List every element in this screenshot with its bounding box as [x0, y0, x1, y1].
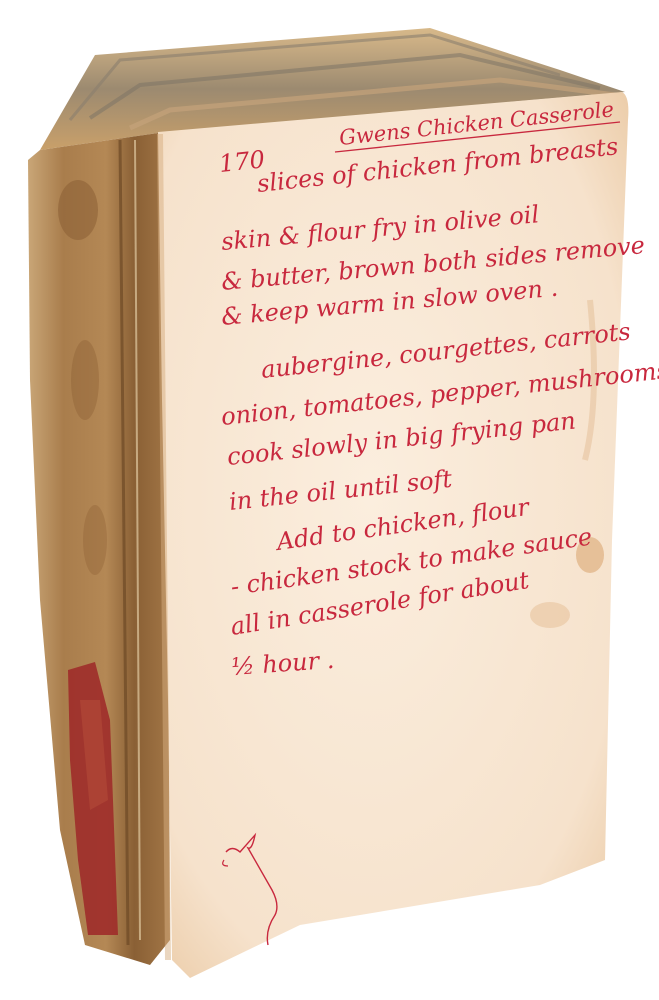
- book-photo: 170 Gwens Chicken Casserole slices of ch…: [0, 0, 659, 1000]
- book-spine: [28, 132, 170, 965]
